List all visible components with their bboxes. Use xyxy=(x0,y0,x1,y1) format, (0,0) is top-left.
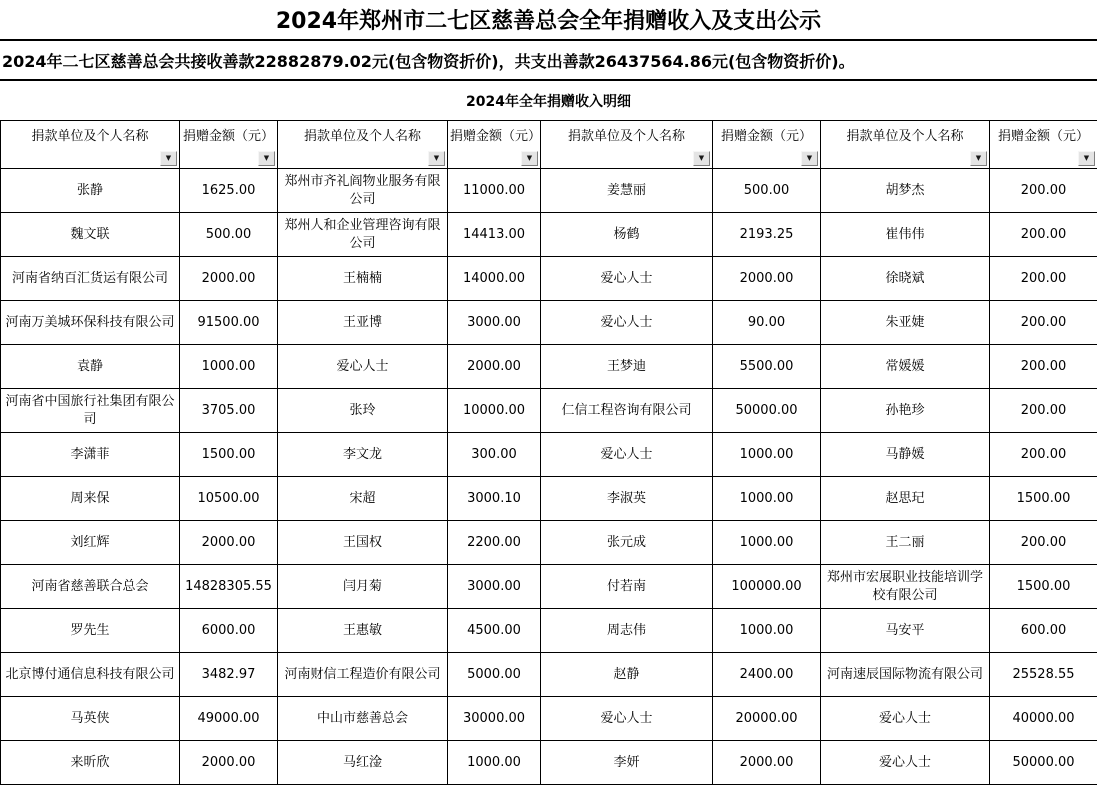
amount-cell: 14413.00 xyxy=(448,213,541,257)
filter-dropdown-icon[interactable]: ▼ xyxy=(693,151,710,166)
amount-cell: 50000.00 xyxy=(990,741,1097,785)
amount-cell: 91500.00 xyxy=(180,301,278,345)
header-row: 捐款单位及个人名称▼捐赠金额（元）▼捐款单位及个人名称▼捐赠金额（元）▼捐款单位… xyxy=(1,121,1097,169)
filter-dropdown-icon[interactable]: ▼ xyxy=(1078,151,1095,166)
donor-name-cell: 赵思玘 xyxy=(821,477,990,521)
donor-name-cell: 常媛媛 xyxy=(821,345,990,389)
amount-cell: 3705.00 xyxy=(180,389,278,433)
donor-name-cell: 王梦迪 xyxy=(541,345,713,389)
amount-cell: 3000.10 xyxy=(448,477,541,521)
amount-cell: 1625.00 xyxy=(180,169,278,213)
charity-disclosure-sheet: 2024年郑州市二七区慈善总会全年捐赠收入及支出公示 2024年二七区慈善总会共… xyxy=(0,0,1097,785)
amount-cell: 1000.00 xyxy=(180,345,278,389)
donations-table-head: 捐款单位及个人名称▼捐赠金额（元）▼捐款单位及个人名称▼捐赠金额（元）▼捐款单位… xyxy=(1,121,1097,169)
donor-name-cell: 王亚博 xyxy=(278,301,448,345)
amount-cell: 10500.00 xyxy=(180,477,278,521)
table-row: 罗先生6000.00王惠敏4500.00周志伟1000.00马安平600.00 xyxy=(1,609,1097,653)
amount-column-header: 捐赠金额（元）▼ xyxy=(448,121,541,169)
donor-name-cell: 马安平 xyxy=(821,609,990,653)
filter-dropdown-icon[interactable]: ▼ xyxy=(970,151,987,166)
donor-name-cell: 河南财信工程造价有限公司 xyxy=(278,653,448,697)
donor-name-cell: 河南万美城环保科技有限公司 xyxy=(1,301,180,345)
amount-column-header: 捐赠金额（元）▼ xyxy=(180,121,278,169)
donor-name-cell: 郑州市齐礼阎物业服务有限公司 xyxy=(278,169,448,213)
amount-cell: 1000.00 xyxy=(448,741,541,785)
filter-dropdown-icon[interactable]: ▼ xyxy=(160,151,177,166)
donations-table-body: 张静1625.00郑州市齐礼阎物业服务有限公司11000.00姜慧丽500.00… xyxy=(1,169,1097,785)
amount-cell: 3000.00 xyxy=(448,565,541,609)
donor-name-cell: 孙艳珍 xyxy=(821,389,990,433)
donor-name-cell: 马英侠 xyxy=(1,697,180,741)
donor-name-cell: 姜慧丽 xyxy=(541,169,713,213)
amount-cell: 2000.00 xyxy=(180,257,278,301)
amount-cell: 5500.00 xyxy=(713,345,821,389)
donor-name-cell: 郑州市宏展职业技能培训学校有限公司 xyxy=(821,565,990,609)
amount-cell: 30000.00 xyxy=(448,697,541,741)
amount-cell: 20000.00 xyxy=(713,697,821,741)
amount-cell: 3000.00 xyxy=(448,301,541,345)
donor-name-cell: 爱心人士 xyxy=(541,433,713,477)
donor-column-header: 捐款单位及个人名称▼ xyxy=(541,121,713,169)
donations-table: 捐款单位及个人名称▼捐赠金额（元）▼捐款单位及个人名称▼捐赠金额（元）▼捐款单位… xyxy=(0,120,1097,785)
amount-column-header: 捐赠金额（元）▼ xyxy=(713,121,821,169)
summary-text: 2024年二七区慈善总会共接收善款22882879.02元(包含物资折价)，共支… xyxy=(0,41,1097,81)
amount-cell: 200.00 xyxy=(990,301,1097,345)
table-row: 周来保10500.00宋超3000.10李淑英1000.00赵思玘1500.00 xyxy=(1,477,1097,521)
donor-name-cell: 袁静 xyxy=(1,345,180,389)
donor-column-header: 捐款单位及个人名称▼ xyxy=(278,121,448,169)
amount-cell: 200.00 xyxy=(990,521,1097,565)
amount-cell: 50000.00 xyxy=(713,389,821,433)
donor-name-cell: 北京博付通信息科技有限公司 xyxy=(1,653,180,697)
table-row: 李潇菲1500.00李文龙300.00爱心人士1000.00马静媛200.00 xyxy=(1,433,1097,477)
table-row: 张静1625.00郑州市齐礼阎物业服务有限公司11000.00姜慧丽500.00… xyxy=(1,169,1097,213)
donor-name-cell: 周来保 xyxy=(1,477,180,521)
donor-name-cell: 河南省中国旅行社集团有限公司 xyxy=(1,389,180,433)
amount-cell: 1000.00 xyxy=(713,477,821,521)
table-row: 刘红辉2000.00王国权2200.00张元成1000.00王二丽200.00 xyxy=(1,521,1097,565)
amount-cell: 2193.25 xyxy=(713,213,821,257)
amount-cell: 200.00 xyxy=(990,433,1097,477)
amount-cell: 10000.00 xyxy=(448,389,541,433)
amount-cell: 2000.00 xyxy=(180,521,278,565)
amount-cell: 40000.00 xyxy=(990,697,1097,741)
donor-name-cell: 河南省纳百汇货运有限公司 xyxy=(1,257,180,301)
amount-cell: 2200.00 xyxy=(448,521,541,565)
amount-cell: 90.00 xyxy=(713,301,821,345)
donor-name-cell: 马红淦 xyxy=(278,741,448,785)
amount-cell: 2000.00 xyxy=(713,741,821,785)
donor-name-cell: 朱亚婕 xyxy=(821,301,990,345)
amount-cell: 100000.00 xyxy=(713,565,821,609)
column-header-label: 捐款单位及个人名称 xyxy=(304,129,421,145)
donor-name-cell: 李文龙 xyxy=(278,433,448,477)
table-row: 袁静1000.00爱心人士2000.00王梦迪5500.00常媛媛200.00 xyxy=(1,345,1097,389)
column-header-label: 捐款单位及个人名称 xyxy=(846,129,963,145)
amount-column-header: 捐赠金额（元）▼ xyxy=(990,121,1097,169)
donor-name-cell: 王国权 xyxy=(278,521,448,565)
donor-name-cell: 杨鹤 xyxy=(541,213,713,257)
donor-name-cell: 刘红辉 xyxy=(1,521,180,565)
donor-name-cell: 仁信工程咨询有限公司 xyxy=(541,389,713,433)
donor-name-cell: 胡梦杰 xyxy=(821,169,990,213)
amount-cell: 4500.00 xyxy=(448,609,541,653)
amount-cell: 300.00 xyxy=(448,433,541,477)
table-row: 河南省纳百汇货运有限公司2000.00王楠楠14000.00爱心人士2000.0… xyxy=(1,257,1097,301)
donor-name-cell: 王二丽 xyxy=(821,521,990,565)
amount-cell: 6000.00 xyxy=(180,609,278,653)
donor-name-cell: 张玲 xyxy=(278,389,448,433)
table-row: 马英侠49000.00中山市慈善总会30000.00爱心人士20000.00爱心… xyxy=(1,697,1097,741)
amount-cell: 1000.00 xyxy=(713,433,821,477)
donor-name-cell: 周志伟 xyxy=(541,609,713,653)
filter-dropdown-icon[interactable]: ▼ xyxy=(801,151,818,166)
donor-name-cell: 爱心人士 xyxy=(821,697,990,741)
donor-name-cell: 爱心人士 xyxy=(821,741,990,785)
donor-name-cell: 罗先生 xyxy=(1,609,180,653)
table-row: 河南万美城环保科技有限公司91500.00王亚博3000.00爱心人士90.00… xyxy=(1,301,1097,345)
amount-cell: 1500.00 xyxy=(180,433,278,477)
donor-name-cell: 来昕欣 xyxy=(1,741,180,785)
amount-cell: 14000.00 xyxy=(448,257,541,301)
table-row: 魏文联500.00郑州人和企业管理咨询有限公司14413.00杨鹤2193.25… xyxy=(1,213,1097,257)
donor-name-cell: 爱心人士 xyxy=(278,345,448,389)
amount-cell: 200.00 xyxy=(990,345,1097,389)
donor-name-cell: 爱心人士 xyxy=(541,697,713,741)
amount-cell: 49000.00 xyxy=(180,697,278,741)
amount-cell: 5000.00 xyxy=(448,653,541,697)
section-title: 2024年全年捐赠收入明细 xyxy=(0,81,1097,120)
donor-name-cell: 徐晓斌 xyxy=(821,257,990,301)
filter-dropdown-icon[interactable]: ▼ xyxy=(521,151,538,166)
donor-name-cell: 爱心人士 xyxy=(541,257,713,301)
amount-cell: 200.00 xyxy=(990,169,1097,213)
table-row: 河南省慈善联合总会14828305.55闫月菊3000.00付若南100000.… xyxy=(1,565,1097,609)
amount-cell: 600.00 xyxy=(990,609,1097,653)
column-header-label: 捐款单位及个人名称 xyxy=(568,129,685,145)
donor-name-cell: 爱心人士 xyxy=(541,301,713,345)
amount-cell: 3482.97 xyxy=(180,653,278,697)
column-header-label: 捐赠金额（元） xyxy=(721,129,812,145)
donor-name-cell: 王楠楠 xyxy=(278,257,448,301)
table-row: 来昕欣2000.00马红淦1000.00李妍2000.00爱心人士50000.0… xyxy=(1,741,1097,785)
donor-name-cell: 马静媛 xyxy=(821,433,990,477)
amount-cell: 14828305.55 xyxy=(180,565,278,609)
filter-dropdown-icon[interactable]: ▼ xyxy=(258,151,275,166)
amount-cell: 2000.00 xyxy=(180,741,278,785)
donor-name-cell: 中山市慈善总会 xyxy=(278,697,448,741)
table-row: 河南省中国旅行社集团有限公司3705.00张玲10000.00仁信工程咨询有限公… xyxy=(1,389,1097,433)
donor-name-cell: 李潇菲 xyxy=(1,433,180,477)
donor-name-cell: 崔伟伟 xyxy=(821,213,990,257)
amount-cell: 2000.00 xyxy=(448,345,541,389)
amount-cell: 500.00 xyxy=(180,213,278,257)
donor-column-header: 捐款单位及个人名称▼ xyxy=(1,121,180,169)
donor-name-cell: 郑州人和企业管理咨询有限公司 xyxy=(278,213,448,257)
donor-column-header: 捐款单位及个人名称▼ xyxy=(821,121,990,169)
donor-name-cell: 付若南 xyxy=(541,565,713,609)
amount-cell: 500.00 xyxy=(713,169,821,213)
amount-cell: 200.00 xyxy=(990,257,1097,301)
donor-name-cell: 闫月菊 xyxy=(278,565,448,609)
amount-cell: 1500.00 xyxy=(990,477,1097,521)
donor-name-cell: 张静 xyxy=(1,169,180,213)
page-title: 2024年郑州市二七区慈善总会全年捐赠收入及支出公示 xyxy=(0,0,1097,41)
filter-dropdown-icon[interactable]: ▼ xyxy=(428,151,445,166)
donor-name-cell: 李淑英 xyxy=(541,477,713,521)
amount-cell: 1500.00 xyxy=(990,565,1097,609)
column-header-label: 捐赠金额（元） xyxy=(450,129,538,145)
table-row: 北京博付通信息科技有限公司3482.97河南财信工程造价有限公司5000.00赵… xyxy=(1,653,1097,697)
amount-cell: 2400.00 xyxy=(713,653,821,697)
donor-name-cell: 李妍 xyxy=(541,741,713,785)
donor-name-cell: 河南速辰国际物流有限公司 xyxy=(821,653,990,697)
column-header-label: 捐赠金额（元） xyxy=(998,129,1089,145)
amount-cell: 200.00 xyxy=(990,213,1097,257)
donor-name-cell: 魏文联 xyxy=(1,213,180,257)
amount-cell: 1000.00 xyxy=(713,609,821,653)
column-header-label: 捐赠金额（元） xyxy=(183,129,274,145)
donor-name-cell: 宋超 xyxy=(278,477,448,521)
donor-name-cell: 张元成 xyxy=(541,521,713,565)
amount-cell: 200.00 xyxy=(990,389,1097,433)
amount-cell: 1000.00 xyxy=(713,521,821,565)
amount-cell: 25528.55 xyxy=(990,653,1097,697)
donor-name-cell: 王惠敏 xyxy=(278,609,448,653)
donor-name-cell: 赵静 xyxy=(541,653,713,697)
amount-cell: 2000.00 xyxy=(713,257,821,301)
column-header-label: 捐款单位及个人名称 xyxy=(31,129,148,145)
amount-cell: 11000.00 xyxy=(448,169,541,213)
donor-name-cell: 河南省慈善联合总会 xyxy=(1,565,180,609)
